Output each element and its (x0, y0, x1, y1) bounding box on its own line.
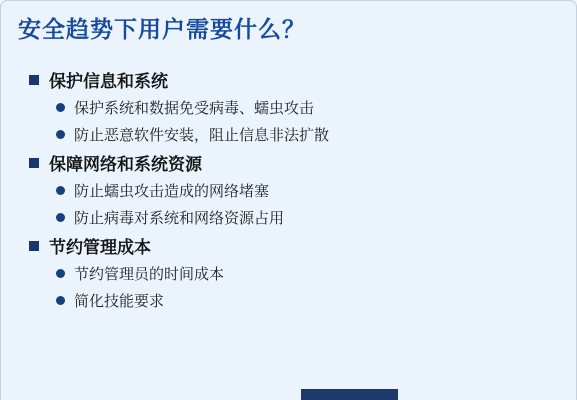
list-item-label: 防止病毒对系统和网络资源占用 (74, 207, 284, 228)
section-heading-label: 节约管理成本 (49, 233, 151, 258)
section-heading: 节约管理成本 (1, 231, 576, 260)
list-item-label: 防止恶意软件安装，阻止信息非法扩散 (74, 124, 329, 145)
round-bullet-icon (56, 130, 65, 139)
section-heading-label: 保护信息和系统 (49, 67, 168, 92)
square-bullet-icon (29, 75, 39, 85)
list-item: 防止病毒对系统和网络资源占用 (1, 204, 576, 231)
list-item: 保护系统和数据免受病毒、蠕虫攻击 (1, 94, 576, 121)
round-bullet-icon (56, 269, 65, 278)
round-bullet-icon (56, 103, 65, 112)
round-bullet-icon (56, 186, 65, 195)
list-item-label: 防止蠕虫攻击造成的网络堵塞 (74, 180, 269, 201)
slide-title: 安全趋势下用户需要什么？ (18, 16, 306, 42)
section-heading: 保障网络和系统资源 (1, 148, 576, 177)
list-item: 简化技能要求 (1, 287, 576, 314)
square-bullet-icon (29, 158, 39, 168)
list-item: 防止恶意软件安装，阻止信息非法扩散 (1, 121, 576, 148)
slide: 安全趋势下用户需要什么？ 保护信息和系统保护系统和数据免受病毒、蠕虫攻击防止恶意… (0, 0, 577, 400)
list-item: 节约管理员的时间成本 (1, 260, 576, 287)
square-bullet-icon (29, 241, 39, 251)
list-item-label: 保护系统和数据免受病毒、蠕虫攻击 (74, 97, 314, 118)
list-item-label: 简化技能要求 (74, 290, 164, 311)
list-item-label: 节约管理员的时间成本 (74, 263, 224, 284)
bottom-progress-bar[interactable] (301, 389, 398, 400)
bullet-list: 保护信息和系统保护系统和数据免受病毒、蠕虫攻击防止恶意软件安装，阻止信息非法扩散… (1, 65, 576, 314)
section-heading: 保护信息和系统 (1, 65, 576, 94)
round-bullet-icon (56, 213, 65, 222)
round-bullet-icon (56, 296, 65, 305)
section-heading-label: 保障网络和系统资源 (49, 150, 202, 175)
list-item: 防止蠕虫攻击造成的网络堵塞 (1, 177, 576, 204)
